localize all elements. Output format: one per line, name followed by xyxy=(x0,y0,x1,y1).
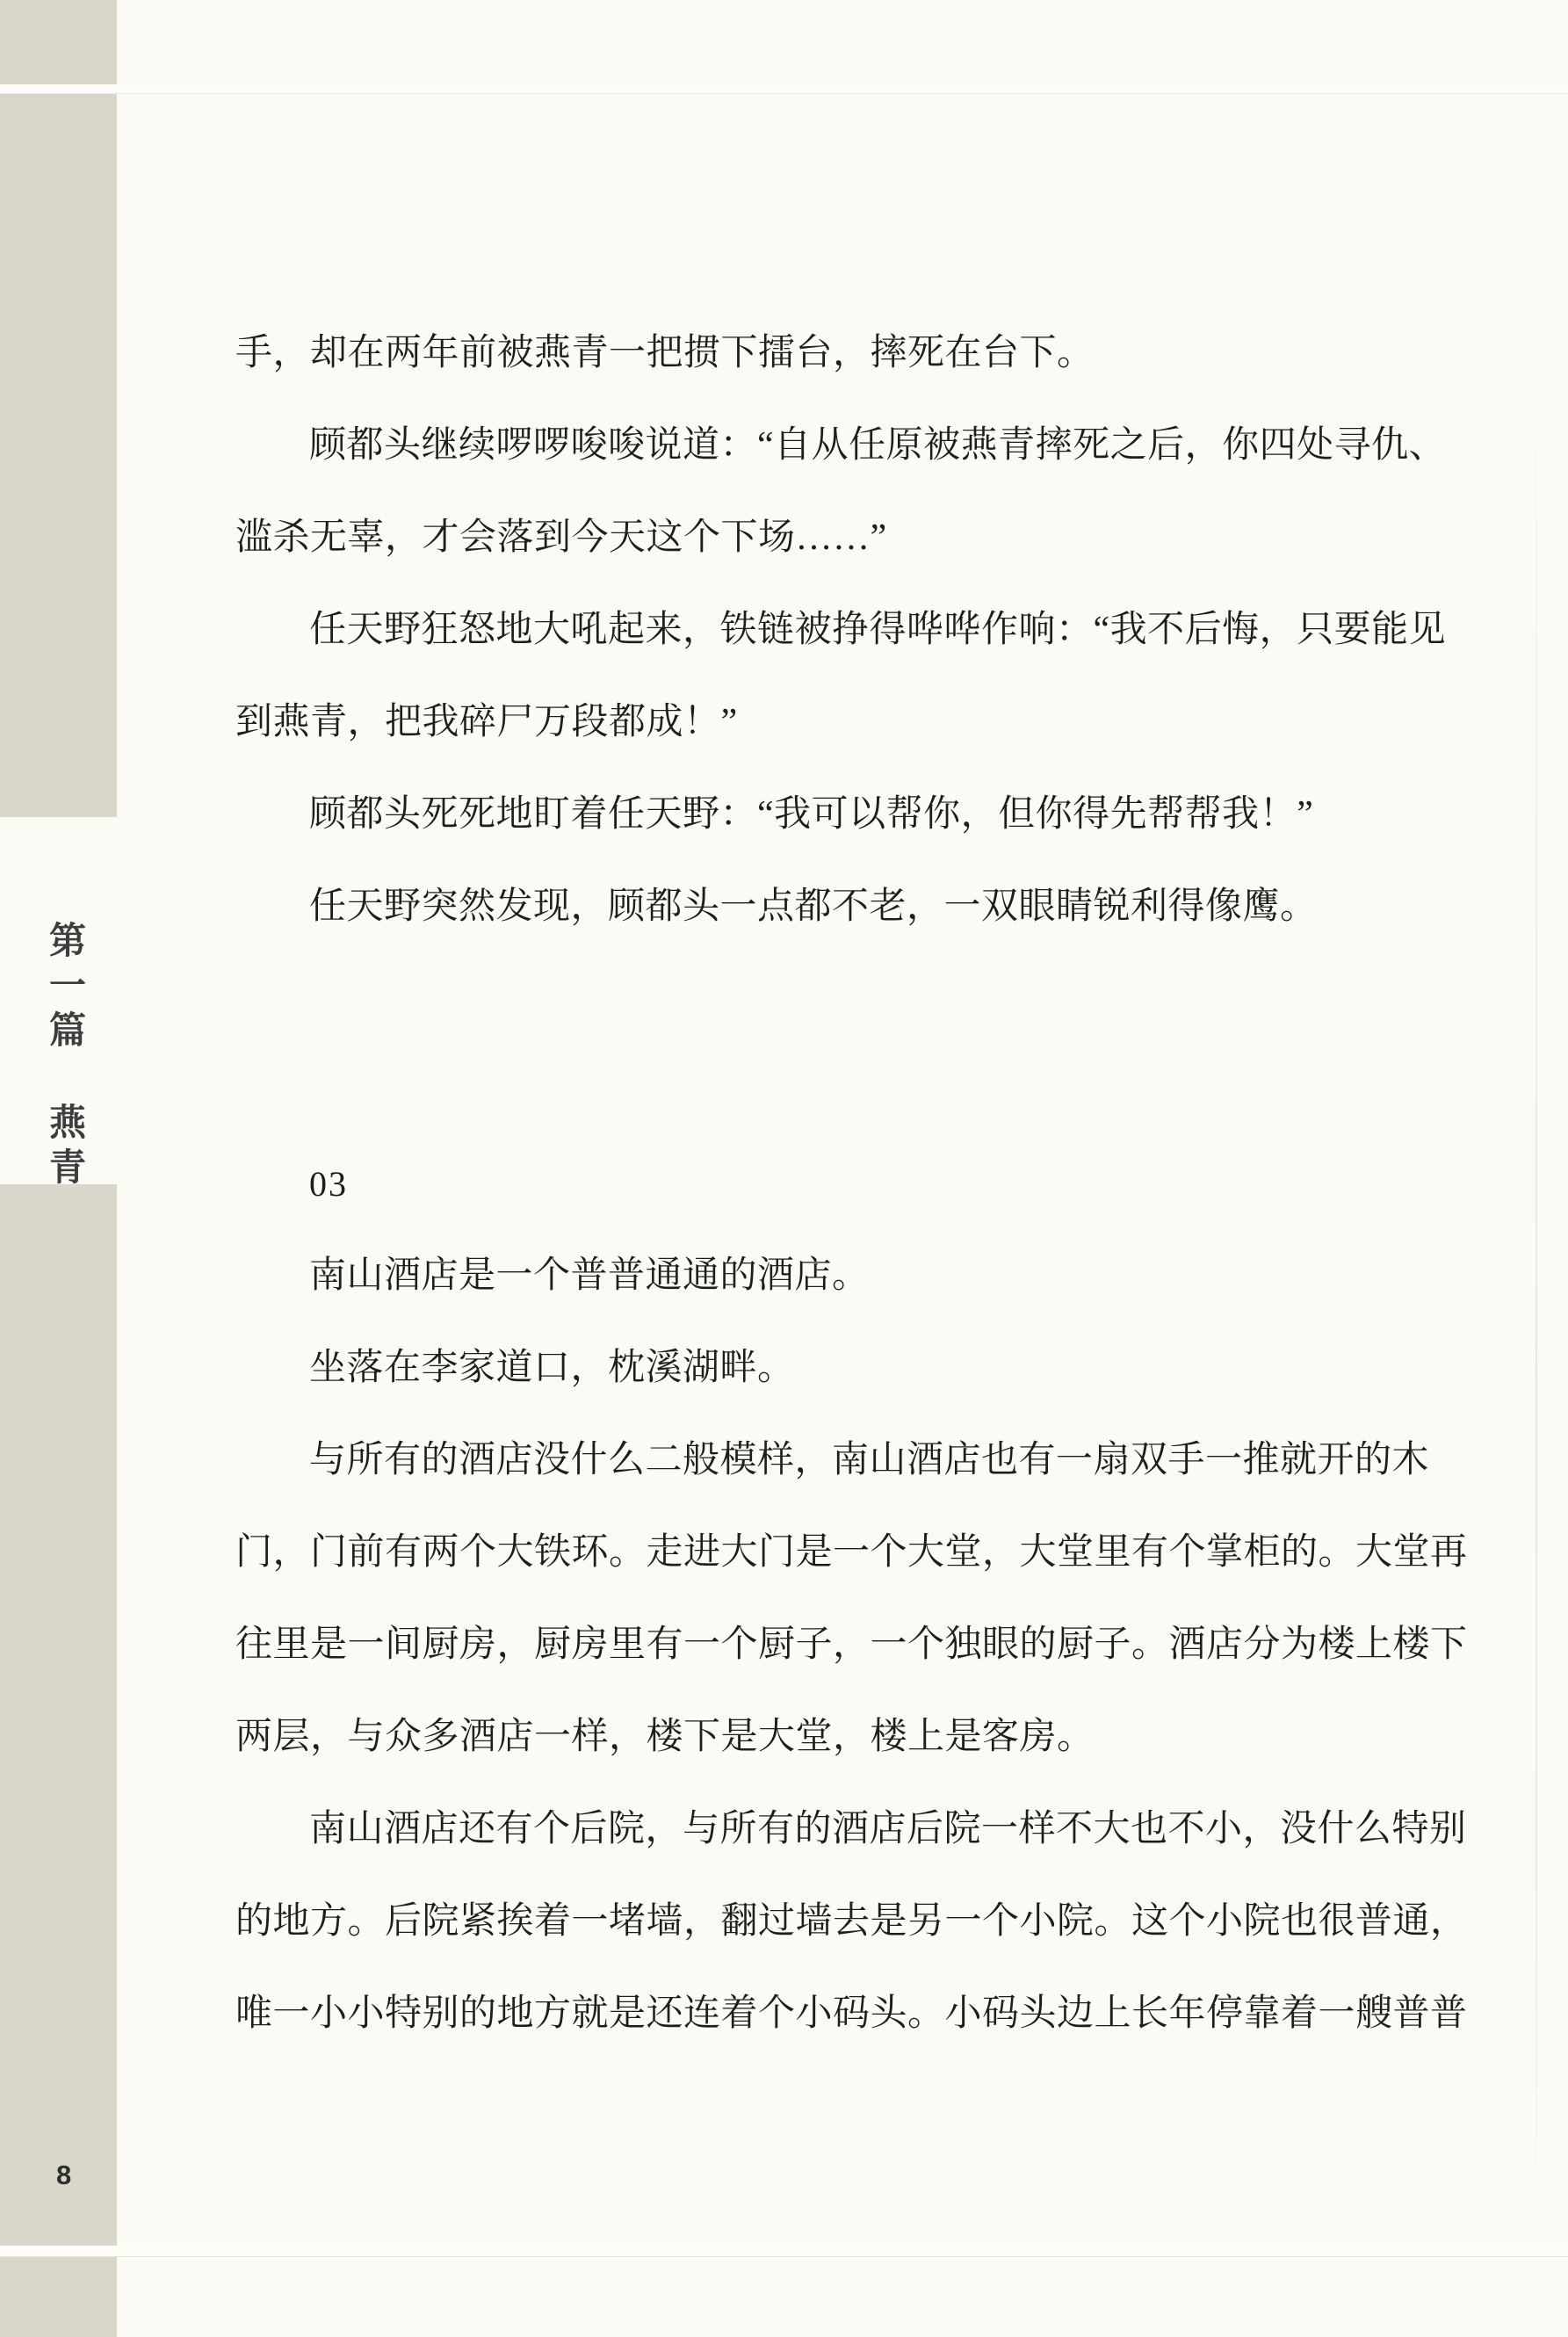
body-text-line: 到燕青，把我碎尸万段都成！” xyxy=(235,676,1465,769)
body-text-line: 任天野狂怒地大吼起来，铁链被挣得哗哗作响：“我不后悔，只要能见 xyxy=(235,584,1465,676)
body-text-line: 南山酒店是一个普普通通的酒店。 xyxy=(235,1230,1465,1322)
blank-line xyxy=(235,1045,1465,1138)
margin-strip-segment-upper xyxy=(0,93,117,817)
body-text-line: 手，却在两年前被燕青一把掼下擂台，摔死在台下。 xyxy=(235,307,1465,400)
book-page-scan: 第一篇 燕青 8 手，却在两年前被燕青一把掼下擂台，摔死在台下。顾都头继续啰啰唆… xyxy=(0,0,1568,2337)
body-text-line: 的地方。后院紧挨着一堵墙，翻过墙去是另一个小院。这个小院也很普通， xyxy=(235,1876,1465,1968)
chapter-title-vertical: 第一篇 燕青 xyxy=(39,921,91,1192)
body-text-line: 坐落在李家道口，枕溪湖畔。 xyxy=(235,1322,1465,1414)
margin-strip-segment-top xyxy=(0,0,117,84)
body-text-line: 门，门前有两个大铁环。走进大门是一个大堂，大堂里有个掌柜的。大堂再 xyxy=(235,1507,1465,1599)
section-number: 03 xyxy=(235,1138,1465,1230)
body-text-line: 两层，与众多酒店一样，楼下是大堂，楼上是客房。 xyxy=(235,1691,1465,1783)
scan-seam-top xyxy=(0,84,1568,94)
body-text-line: 顾都头死死地盯着任天野：“我可以帮你，但你得先帮帮我！” xyxy=(235,769,1465,861)
chapter-title-part1: 第一篇 xyxy=(39,921,91,1055)
blank-line xyxy=(235,953,1465,1045)
body-text-line: 唯一小小特别的地方就是还连着个小码头。小码头边上长年停靠着一艘普普 xyxy=(235,1968,1465,2060)
body-text-block: 手，却在两年前被燕青一把掼下擂台，摔死在台下。顾都头继续啰啰唆唆说道：“自从任原… xyxy=(235,307,1465,2060)
body-text-line: 任天野突然发现，顾都头一点都不老，一双眼睛锐利得像鹰。 xyxy=(235,861,1465,953)
scan-crease xyxy=(1535,255,1537,2249)
margin-strip-segment-lower xyxy=(0,1184,117,2246)
chapter-title-part2: 燕青 xyxy=(39,1103,91,1192)
body-text-line: 顾都头继续啰啰唆唆说道：“自从任原被燕青摔死之后，你四处寻仇、 xyxy=(235,400,1465,492)
scan-seam-bottom xyxy=(0,2246,1568,2257)
page-number: 8 xyxy=(56,2160,71,2191)
body-text-line: 往里是一间厨房，厨房里有一个厨子，一个独眼的厨子。酒店分为楼上楼下 xyxy=(235,1599,1465,1691)
margin-strip-segment-bottom xyxy=(0,2256,117,2337)
body-text-line: 与所有的酒店没什么二般模样，南山酒店也有一扇双手一推就开的木 xyxy=(235,1414,1465,1507)
body-text-line: 南山酒店还有个后院，与所有的酒店后院一样不大也不小，没什么特别 xyxy=(235,1783,1465,1876)
body-text-line: 滥杀无辜，才会落到今天这个下场……” xyxy=(235,492,1465,584)
